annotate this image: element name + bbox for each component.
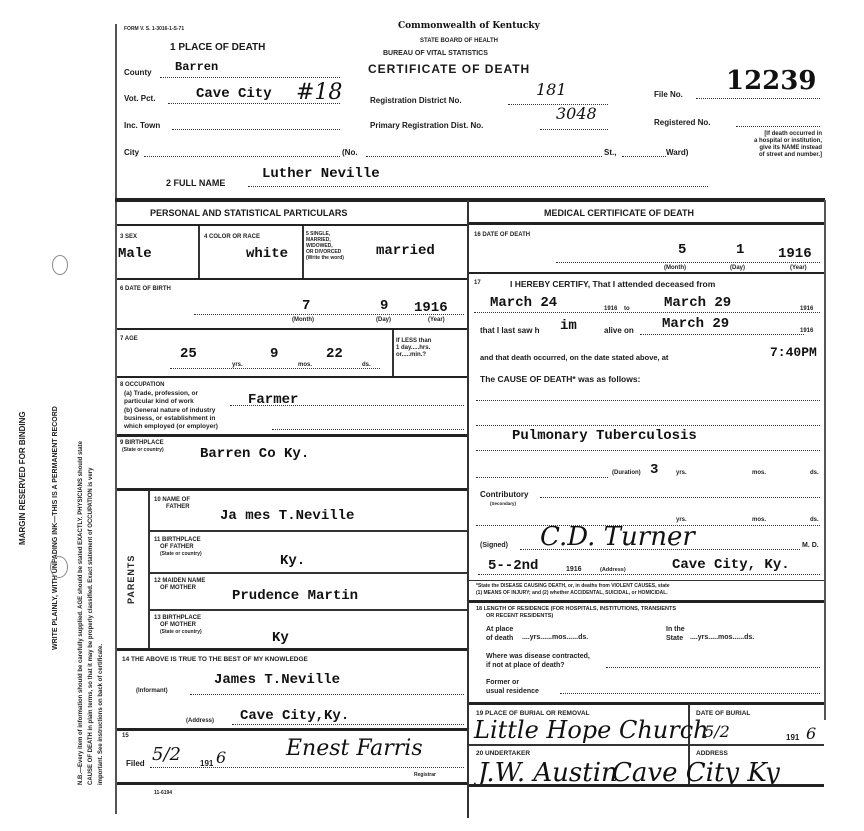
certify-number: 17 [474, 280, 481, 287]
in-state-yrs: yrs. [698, 634, 710, 641]
form-left-border [115, 24, 117, 814]
mother-birthplace-label: 13 BIRTHPLACE OF MOTHER (State or countr… [154, 615, 202, 636]
cause-footnote: *State the DISEASE CAUSING DEATH, or, in… [476, 583, 670, 597]
dob-year: 1916 [414, 300, 448, 316]
medical-rule-1 [469, 272, 824, 274]
dod-year-caption: (Year) [790, 265, 807, 272]
parents-label: PARENTS [126, 555, 136, 604]
cause-footnote-line-1: *State the DISEASE CAUSING DEATH, or, in… [476, 583, 670, 590]
alive-on-label: alive on [604, 326, 634, 335]
mother-name-label-2: OF MOTHER [154, 585, 205, 592]
cause-line-2 [476, 425, 820, 426]
residence-heading-line-2: OR RECENT RESIDENTS) [476, 613, 676, 620]
sex-race-divider [198, 226, 200, 278]
mother-name-value: Prudence Martin [232, 588, 358, 604]
birthplace-sub-label: (State or country) [122, 447, 164, 454]
medical-bottom-rule [469, 784, 824, 787]
hospital-note-line-2: a hospital or institution, [722, 138, 822, 145]
in-state-line-2: State [666, 634, 685, 643]
cause-line-1 [476, 400, 820, 401]
hospital-note-line-1: [If death occurred in [722, 131, 822, 138]
at-place-line-2: of death [486, 634, 513, 643]
race-marital-divider [302, 226, 304, 278]
race-value: white [246, 246, 288, 262]
former-residence-line-1: Former or [486, 678, 539, 687]
mother-birthplace-label-2: OF MOTHER [154, 622, 202, 629]
alive-on-year: 1916 [800, 328, 813, 335]
mother-birthplace-label-1: 13 BIRTHPLACE [154, 615, 202, 622]
dob-day-caption: (Day) [376, 317, 391, 324]
hospital-note-line-4: of street and number.] [722, 152, 822, 159]
registration-district-label: Registration District No. [370, 96, 462, 105]
row-rule-1 [117, 278, 467, 280]
occupation-value: Farmer [248, 392, 298, 408]
in-state-ds: ds. [744, 634, 754, 641]
informant-value: James T.Neville [214, 672, 340, 688]
registrar-signature: Enest Farris [286, 736, 423, 761]
file-no-value: 12239 [726, 66, 816, 96]
mother-birthplace-value: Ky [272, 630, 289, 646]
inc-town-line [172, 129, 340, 130]
filed-number: 15 [122, 733, 129, 740]
occupation-b-line-3: which employed (or employer) [124, 423, 218, 431]
birthplace-value: Barren Co Ky. [200, 446, 309, 462]
registered-no-label: Registered No. [654, 118, 710, 127]
medical-heading: MEDICAL CERTIFICATE OF DEATH [544, 208, 694, 218]
in-state-mos: mos. [718, 634, 734, 641]
cause-of-death-label: The CAUSE OF DEATH* was as follows: [480, 374, 640, 384]
informant-address-value: Cave City,Ky. [240, 708, 349, 724]
contributory-mos: mos. [752, 517, 766, 524]
attended-from-year: 1916 [604, 306, 617, 313]
cause-of-death-value: Pulmonary Tuberculosis [512, 428, 697, 444]
inc-town-label: Inc. Town [124, 121, 160, 130]
personal-heading-rule [117, 224, 467, 226]
primary-registration-line [540, 129, 608, 130]
row-rule-2 [117, 328, 467, 330]
attended-to: March 29 [664, 295, 731, 311]
where-contracted-line-2: if not at place of death? [486, 661, 590, 670]
ward-label: Ward) [666, 148, 688, 157]
father-birthplace-label: 11 BIRTHPLACE OF FATHER (State or countr… [154, 537, 202, 558]
burial-year-hand: 6 [806, 724, 816, 743]
dob-year-caption: (Year) [428, 317, 445, 324]
form-right-border [824, 200, 826, 720]
informant-address-label: (Address) [186, 718, 214, 725]
cause-footnote-line-2: (1) MEANS OF INJURY; and (2) whether ACC… [476, 590, 670, 597]
mother-name-label: 12 MAIDEN NAME OF MOTHER [154, 578, 205, 592]
former-residence-line [560, 693, 820, 694]
duration-label: (Duration) [612, 470, 641, 477]
signed-label: (Signed) [480, 542, 508, 549]
form-number: FORM V. S. 1-3016-1-S-71 [124, 26, 184, 33]
in-state-line-1: In the [666, 625, 685, 634]
where-contracted-label: Where was disease contracted, if not at … [486, 652, 590, 670]
full-name-value: Luther Neville [262, 166, 380, 182]
informant-address-line [232, 724, 464, 725]
mother-name-label-1: 12 MAIDEN NAME [154, 578, 205, 585]
signed-year: 1916 [566, 566, 582, 573]
signed-date-line [478, 574, 820, 575]
dod-month-caption: (Month) [664, 265, 686, 272]
contributory-ds: ds. [810, 517, 819, 524]
street-line [366, 156, 602, 157]
registration-district-value: 181 [536, 80, 567, 99]
city-label: City [124, 148, 139, 157]
age-months: 9 [270, 346, 278, 362]
contributory-sub: (Secondary) [490, 500, 516, 507]
duration-value: 3 [650, 462, 658, 478]
physician-address-value: Cave City, Ky. [672, 557, 790, 573]
marital-value: married [376, 243, 435, 259]
marital-label: 5 SINGLE, MARRIED, WIDOWED, OR DIVORCED … [306, 231, 344, 261]
binding-hole-lower [50, 556, 68, 578]
age-line [170, 368, 380, 369]
age-label: 7 AGE [120, 336, 138, 343]
where-contracted-line-1: Where was disease contracted, [486, 652, 590, 661]
former-residence-line-2: usual residence [486, 687, 539, 696]
burial-top-rule [469, 702, 824, 705]
residence-heading-line-1: 18 LENGTH OF RESIDENCE (FOR HOSPITALS, I… [476, 606, 676, 613]
row-rule-7 [117, 728, 467, 731]
filed-label: Filed [126, 759, 145, 768]
occupation-a-line-1: (a) Trade, profession, or [124, 390, 198, 398]
row-rule-3 [117, 376, 467, 378]
file-no-label: File No. [654, 90, 683, 99]
vot-pct-value: Cave City [196, 86, 272, 102]
mother-birthplace-label-3: (State or country) [154, 629, 202, 636]
ink-note: WRITE PLAINLY, WITH UNFADING INK—THIS IS… [52, 406, 59, 650]
occupation-b-line [272, 429, 464, 430]
father-name-label-2: FATHER [154, 504, 190, 511]
death-occurred-text: and that death occurred, on the date sta… [480, 353, 668, 362]
father-name-label-1: 10 NAME OF [154, 497, 190, 504]
occupation-a-label: (a) Trade, profession, or particular kin… [124, 390, 198, 406]
registered-no-line [736, 126, 820, 127]
duration-line-lead [476, 477, 608, 478]
attended-line [474, 312, 820, 313]
burial-place-value: Little Hope Church [474, 716, 709, 744]
dod-label: 16 DATE OF DEATH [474, 232, 530, 239]
contributory-label: Contributory [480, 490, 528, 499]
father-name-value: Ja mes T.Neville [220, 508, 354, 524]
at-place-line-1: At place [486, 625, 513, 634]
personal-heading: PERSONAL AND STATISTICAL PARTICULARS [150, 208, 347, 218]
header-divider [115, 198, 825, 202]
parents-rule-2 [149, 572, 467, 574]
last-saw-label: that I last saw h [480, 326, 540, 335]
dod-day: 1 [736, 242, 744, 258]
parents-rule-3 [149, 609, 467, 611]
row-rule-6 [117, 648, 467, 651]
primary-registration-value: 3048 [556, 104, 597, 123]
row-rule-5 [117, 488, 467, 491]
where-contracted-line [606, 667, 820, 668]
in-state-label: In the State [666, 625, 685, 643]
county-value: Barren [175, 60, 218, 74]
st-label: St., [604, 148, 616, 157]
county-line [160, 77, 340, 78]
column-divider [467, 200, 469, 818]
filed-line [150, 767, 464, 768]
to-label: to [624, 306, 630, 313]
alive-on-value: March 29 [662, 316, 729, 332]
row-rule-4 [117, 434, 467, 437]
filed-date: 5/2 [152, 744, 181, 765]
sex-value: Male [118, 246, 152, 262]
commonwealth-title: Commonwealth of Kentucky [398, 21, 540, 31]
undertaker-top-rule [469, 744, 824, 746]
filed-year-prefix: 191 [200, 759, 213, 768]
less-than-line-1: If LESS than [396, 338, 431, 345]
binding-hole-upper [52, 255, 68, 275]
duration-ds: ds. [810, 470, 819, 477]
contributory-line [540, 497, 820, 498]
in-state-units: ....yrs.....mos......ds. [690, 634, 754, 641]
burial-year-prefix: 191 [786, 733, 799, 742]
age-less-divider [392, 330, 394, 376]
occupation-label: 8 OCCUPATION [120, 382, 164, 389]
parents-divider [148, 490, 150, 648]
certificate-title: CERTIFICATE OF DEATH [368, 62, 530, 76]
residence-heading: 18 LENGTH OF RESIDENCE (FOR HOSPITALS, I… [476, 606, 676, 620]
age-yrs-unit: yrs. [232, 362, 243, 369]
attended-from: March 24 [490, 295, 557, 311]
bureau-name: BUREAU OF VITAL STATISTICS [383, 50, 488, 57]
physician-address-label: (Address) [600, 567, 626, 574]
cause-line-3 [476, 450, 820, 451]
vot-pct-label: Vot. Pct. [124, 94, 155, 103]
physician-signature: C.D. Turner [540, 522, 695, 552]
at-place-mos: mos. [552, 634, 568, 641]
bottom-rule [117, 782, 467, 785]
undertaker-label: 20 UNDERTAKER [476, 750, 530, 757]
state-board: STATE BOARD OF HEALTH [420, 38, 498, 45]
less-than-line-3: or.....min.? [396, 352, 431, 359]
less-than-note: If LESS than 1 day.....hrs. or.....min.? [396, 338, 431, 359]
at-place-label: At place of death [486, 625, 513, 643]
dod-line [556, 262, 820, 263]
sex-label: 3 SEX [120, 234, 137, 241]
parents-rule-1 [149, 530, 467, 532]
father-birthplace-value: Ky. [280, 553, 305, 569]
dod-year: 1916 [778, 246, 812, 262]
ward-line [622, 156, 666, 157]
dod-month: 5 [678, 242, 686, 258]
less-than-line-2: 1 day.....hrs. [396, 345, 431, 352]
at-place-units: ....yrs......mos......ds. [522, 634, 588, 641]
filed-year-hand: 6 [216, 748, 226, 767]
street-no-label: (No. [342, 148, 358, 157]
registrar-label: Registrar [414, 772, 436, 779]
at-place-yrs: yrs. [530, 634, 542, 641]
certify-text: I HEREBY CERTIFY, That I attended deceas… [510, 279, 715, 289]
footnote-top-rule [469, 580, 824, 581]
occupation-b-line-2: business, or establishment in [124, 415, 218, 423]
duration-mos: mos. [752, 470, 766, 477]
residence-top-rule [469, 600, 824, 603]
instructions-line-1: N.B.—Every item of information should be… [78, 441, 84, 785]
father-name-label: 10 NAME OF FATHER [154, 497, 190, 511]
father-birthplace-label-1: 11 BIRTHPLACE [154, 537, 202, 544]
former-residence-label: Former or usual residence [486, 678, 539, 696]
dob-month-caption: (Month) [292, 317, 314, 324]
occupation-b-label: (b) General nature of industry business,… [124, 407, 218, 431]
instructions-line-3: important. See instructions on back of c… [98, 644, 104, 785]
occupation-a-line-2: particular kind of work [124, 398, 198, 406]
duration-yrs: yrs. [676, 470, 687, 477]
at-place-ds: ds. [578, 634, 588, 641]
dod-day-caption: (Day) [730, 265, 745, 272]
full-name-line [248, 186, 708, 187]
age-mos-unit: mos. [298, 362, 312, 369]
primary-registration-label: Primary Registration Dist. No. [370, 121, 483, 130]
city-line [144, 156, 340, 157]
dob-label: 6 DATE OF BIRTH [120, 286, 171, 293]
place-of-death-heading: 1 PLACE OF DEATH [170, 42, 265, 53]
birthplace-label: 9 BIRTHPLACE [120, 440, 164, 447]
age-ds-unit: ds. [362, 362, 371, 369]
death-time: 7:40PM [770, 345, 817, 360]
father-birthplace-label-2: OF FATHER [154, 544, 202, 551]
undertaker-address-label: ADDRESS [696, 750, 728, 757]
footer-code: 11-6194 [154, 790, 172, 797]
father-birthplace-label-3: (State or country) [154, 551, 202, 558]
county-label: County [124, 68, 152, 77]
vot-pct-handwritten: #18 [296, 80, 342, 105]
informant-heading: 14 THE ABOVE IS TRUE TO THE BEST OF MY K… [122, 656, 308, 663]
dob-month: 7 [302, 298, 310, 314]
instructions-line-2: CAUSE OF DEATH in plain terms, so that i… [88, 468, 94, 785]
file-no-line [696, 98, 820, 99]
occupation-b-line-1: (b) General nature of industry [124, 407, 218, 415]
dob-day: 9 [380, 298, 388, 314]
medical-heading-rule [469, 222, 824, 225]
full-name-label: 2 FULL NAME [166, 178, 225, 188]
age-days: 22 [326, 346, 343, 362]
hospital-note: [If death occurred in a hospital or inst… [722, 131, 822, 159]
attended-to-year: 1916 [800, 306, 813, 313]
informant-line [190, 694, 464, 695]
binding-margin-note: MARGIN RESERVED FOR BINDING [18, 411, 27, 545]
informant-label: (Informant) [136, 688, 168, 695]
burial-date-value: 5/2 [704, 722, 730, 741]
race-label: 4 COLOR OR RACE [204, 234, 260, 241]
alive-on-line [640, 334, 804, 335]
md-label: M. D. [802, 542, 819, 549]
hospital-note-line-3: give its NAME instead [722, 145, 822, 152]
age-years: 25 [180, 346, 197, 362]
marital-label-5: (Write the word) [306, 255, 344, 261]
last-saw-value: im [560, 318, 577, 334]
signed-date: 5--2nd [488, 558, 538, 574]
